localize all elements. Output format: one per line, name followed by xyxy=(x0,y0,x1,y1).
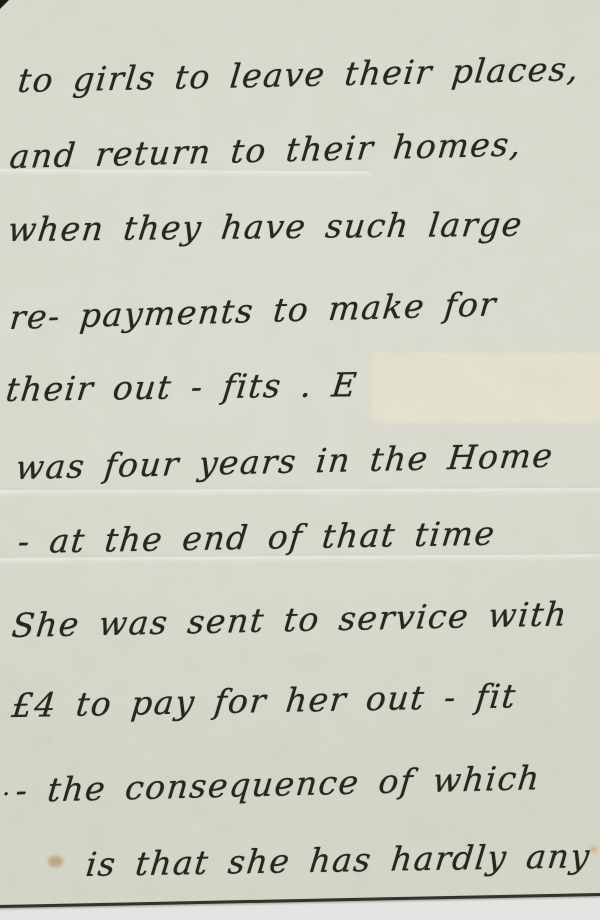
paper-sheet: to girls to leave their places, and retu… xyxy=(0,0,600,920)
handwritten-line-9: £4 to pay for her out - fit xyxy=(10,677,518,725)
handwritten-line-7: - at the end of that time xyxy=(16,515,498,561)
handwritten-line-4: re- payments to make for xyxy=(8,285,499,337)
scanned-letter-page: to girls to leave their places, and retu… xyxy=(0,0,600,920)
foxing-stain xyxy=(590,846,597,853)
scan-corner-artifact xyxy=(0,0,9,9)
fold-crease xyxy=(0,488,600,493)
handwritten-line-10: - the consequence of which xyxy=(14,759,542,810)
handwritten-line-2: and return to their homes, xyxy=(8,126,524,176)
handwritten-line-1: to girls to leave their places, xyxy=(16,50,581,100)
handwritten-line-3: when they have such large xyxy=(6,206,525,249)
handwritten-line-8: She was sent to service with xyxy=(10,595,570,645)
handwritten-line-6: was four years in the Home xyxy=(14,437,555,487)
margin-ink-mark: · xyxy=(2,780,10,810)
handwritten-line-5: their out - fits . E xyxy=(4,366,360,409)
handwritten-line-11: is that she has hardly any xyxy=(84,837,593,884)
foxing-stain xyxy=(48,856,63,867)
redaction-patch xyxy=(374,354,600,421)
